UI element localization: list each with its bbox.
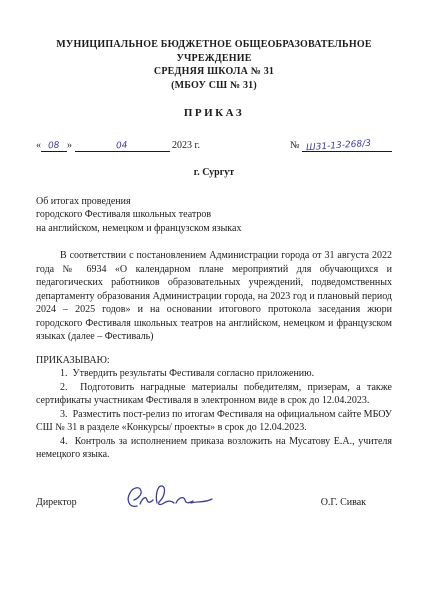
intro-paragraph: В соответствии с постановлением Админист… <box>36 249 392 344</box>
subject-block: Об итогах проведения городского Фестивал… <box>36 195 392 236</box>
order-heading: ПРИКАЗЫВАЮ: <box>36 354 392 368</box>
org-name-line-1: МУНИЦИПАЛЬНОЕ БЮДЖЕТНОЕ ОБЩЕОБРАЗОВАТЕЛЬ… <box>36 38 392 52</box>
signer-position: Директор <box>36 496 77 510</box>
signature-row: Директор О.Г. Сивак <box>36 486 392 520</box>
signer-name: О.Г. Сивак <box>321 496 366 510</box>
subject-line-1: Об итогах проведения <box>36 195 392 209</box>
org-name-line-2: УЧРЕЖДЕНИЕ <box>36 52 392 66</box>
date-month-blank: 04 <box>75 139 170 152</box>
document-title: ПРИКАЗ <box>36 107 392 121</box>
organization-header: МУНИЦИПАЛЬНОЕ БЮДЖЕТНОЕ ОБЩЕОБРАЗОВАТЕЛЬ… <box>36 38 392 92</box>
subject-line-3: на английском, немецком и французском яз… <box>36 222 392 236</box>
order-item-2: 2. Подготовить наградные материалы побед… <box>36 381 392 408</box>
handwritten-day: 08 <box>48 141 60 153</box>
order-number-blank: Ш31-13-268/3 <box>302 139 392 152</box>
handwritten-signature-icon <box>123 482 215 516</box>
number-sign: № <box>290 140 300 151</box>
date-number-row: «08» 04 2023 г. № Ш31-13-268/3 <box>36 139 392 153</box>
order-item-3: 3. Разместить пост-релиз по итогам Фести… <box>36 408 392 435</box>
date-field: «08» 04 2023 г. <box>36 139 200 153</box>
date-close-quote: » <box>67 140 72 151</box>
handwritten-order-number: Ш31-13-268/3 <box>306 139 372 155</box>
subject-line-2: городского Фестиваля школьных театров <box>36 208 392 222</box>
order-item-1: 1. Утвердить результаты Фестиваля соглас… <box>36 367 392 381</box>
order-number-field: № Ш31-13-268/3 <box>290 139 392 153</box>
date-day-blank: 08 <box>41 139 67 152</box>
date-year: 2023 г. <box>172 140 200 151</box>
org-name-line-4: (МБОУ СШ № 31) <box>36 79 392 93</box>
org-name-line-3: СРЕДНЯЯ ШКОЛА № 31 <box>36 65 392 79</box>
document-page: МУНИЦИПАЛЬНОЕ БЮДЖЕТНОЕ ОБЩЕОБРАЗОВАТЕЛЬ… <box>0 0 422 599</box>
handwritten-month: 04 <box>116 141 128 153</box>
city-line: г. Сургут <box>36 166 392 180</box>
order-item-4: 4. Контроль за исполнением приказа возло… <box>36 435 392 462</box>
